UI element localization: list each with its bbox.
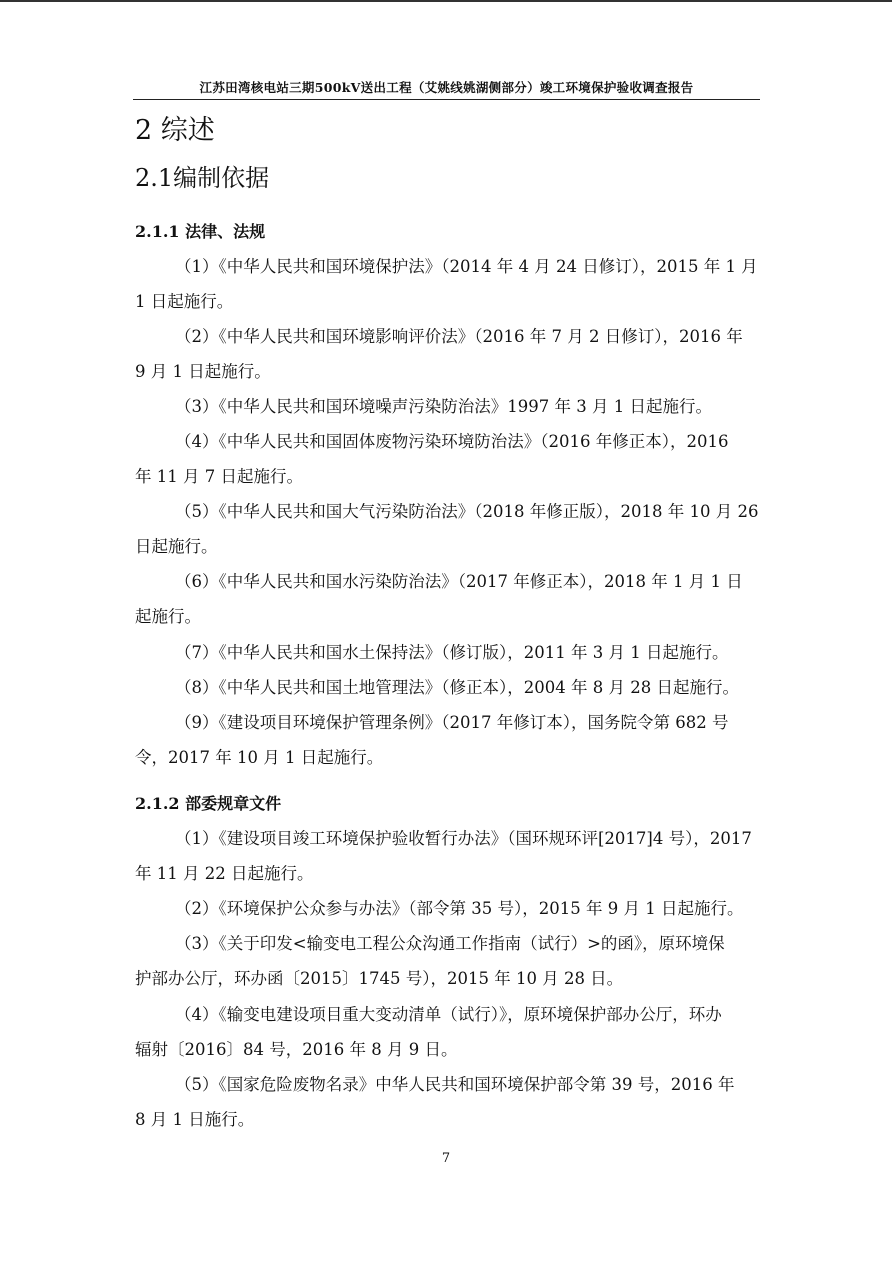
paragraph-line: 令，2017 年 10 月 1 日起施行。 [135,746,383,770]
paragraph-line: 1 日起施行。 [135,290,233,314]
paragraph-line: （1）《建设项目竣工环境保护验收暂行办法》（国环规环评[2017]4 号），20… [175,827,752,851]
paragraph-line: 年 11 月 22 日起施行。 [135,862,313,886]
paragraph-line: 护部办公厅，环办函〔2015〕1745 号），2015 年 10 月 28 日。 [135,967,623,991]
paragraph-line: （5）《国家危险废物名录》中华人民共和国环境保护部令第 39 号，2016 年 [175,1073,734,1097]
page-number: 7 [0,1151,892,1166]
paragraph-line: 辐射〔2016〕84 号，2016 年 8 月 9 日。 [135,1038,457,1062]
paragraph-line: （5）《中华人民共和国大气污染防治法》（2018 年修正版），2018 年 10… [175,500,758,524]
section-heading: 2.1编制依据 [135,161,269,195]
paragraph-line: 8 月 1 日施行。 [135,1108,254,1132]
paragraph-line: （4）《中华人民共和国固体废物污染环境防治法》（2016 年修正本），2016 [175,430,728,454]
subsection-heading-regulations: 2.1.2 部委规章文件 [135,792,281,816]
paragraph-line: 日起施行。 [135,535,218,559]
paragraph-line: （8）《中华人民共和国土地管理法》（修正本），2004 年 8 月 28 日起施… [175,676,739,700]
header-divider [133,99,760,100]
subsection-heading-laws: 2.1.1 法律、法规 [135,220,265,244]
chapter-heading: 2 综述 [135,113,215,149]
paragraph-line: （9）《建设项目环境保护管理条例》（2017 年修订本），国务院令第 682 号 [175,711,728,735]
paragraph-line: （4）《输变电建设项目重大变动清单（试行）》，原环境保护部办公厅，环办 [175,1003,722,1027]
paragraph-line: （2）《中华人民共和国环境影响评价法》（2016 年 7 月 2 日修订），20… [175,325,743,349]
paragraph-line: （2）《环境保护公众参与办法》（部令第 35 号），2015 年 9 月 1 日… [175,897,743,921]
paragraph-line: 年 11 月 7 日起施行。 [135,465,303,489]
running-header: 江苏田湾核电站三期500kV送出工程（艾姚线姚湖侧部分）竣工环境保护验收调查报告 [133,78,760,96]
paragraph-line: （7）《中华人民共和国水土保持法》（修订版），2011 年 3 月 1 日起施行… [175,641,728,665]
paragraph-line: 9 月 1 日起施行。 [135,360,271,384]
paragraph-line: （3）《关于印发<输变电工程公众沟通工作指南（试行）>的函》，原环境保 [175,932,725,956]
paragraph-line: 起施行。 [135,605,201,629]
top-border [0,0,892,2]
paragraph-line: （6）《中华人民共和国水污染防治法》（2017 年修正本），2018 年 1 月… [175,570,743,594]
paragraph-line: （3）《中华人民共和国环境噪声污染防治法》1997 年 3 月 1 日起施行。 [175,395,712,419]
paragraph-line: （1）《中华人民共和国环境保护法》（2014 年 4 月 24 日修订），201… [175,255,758,279]
